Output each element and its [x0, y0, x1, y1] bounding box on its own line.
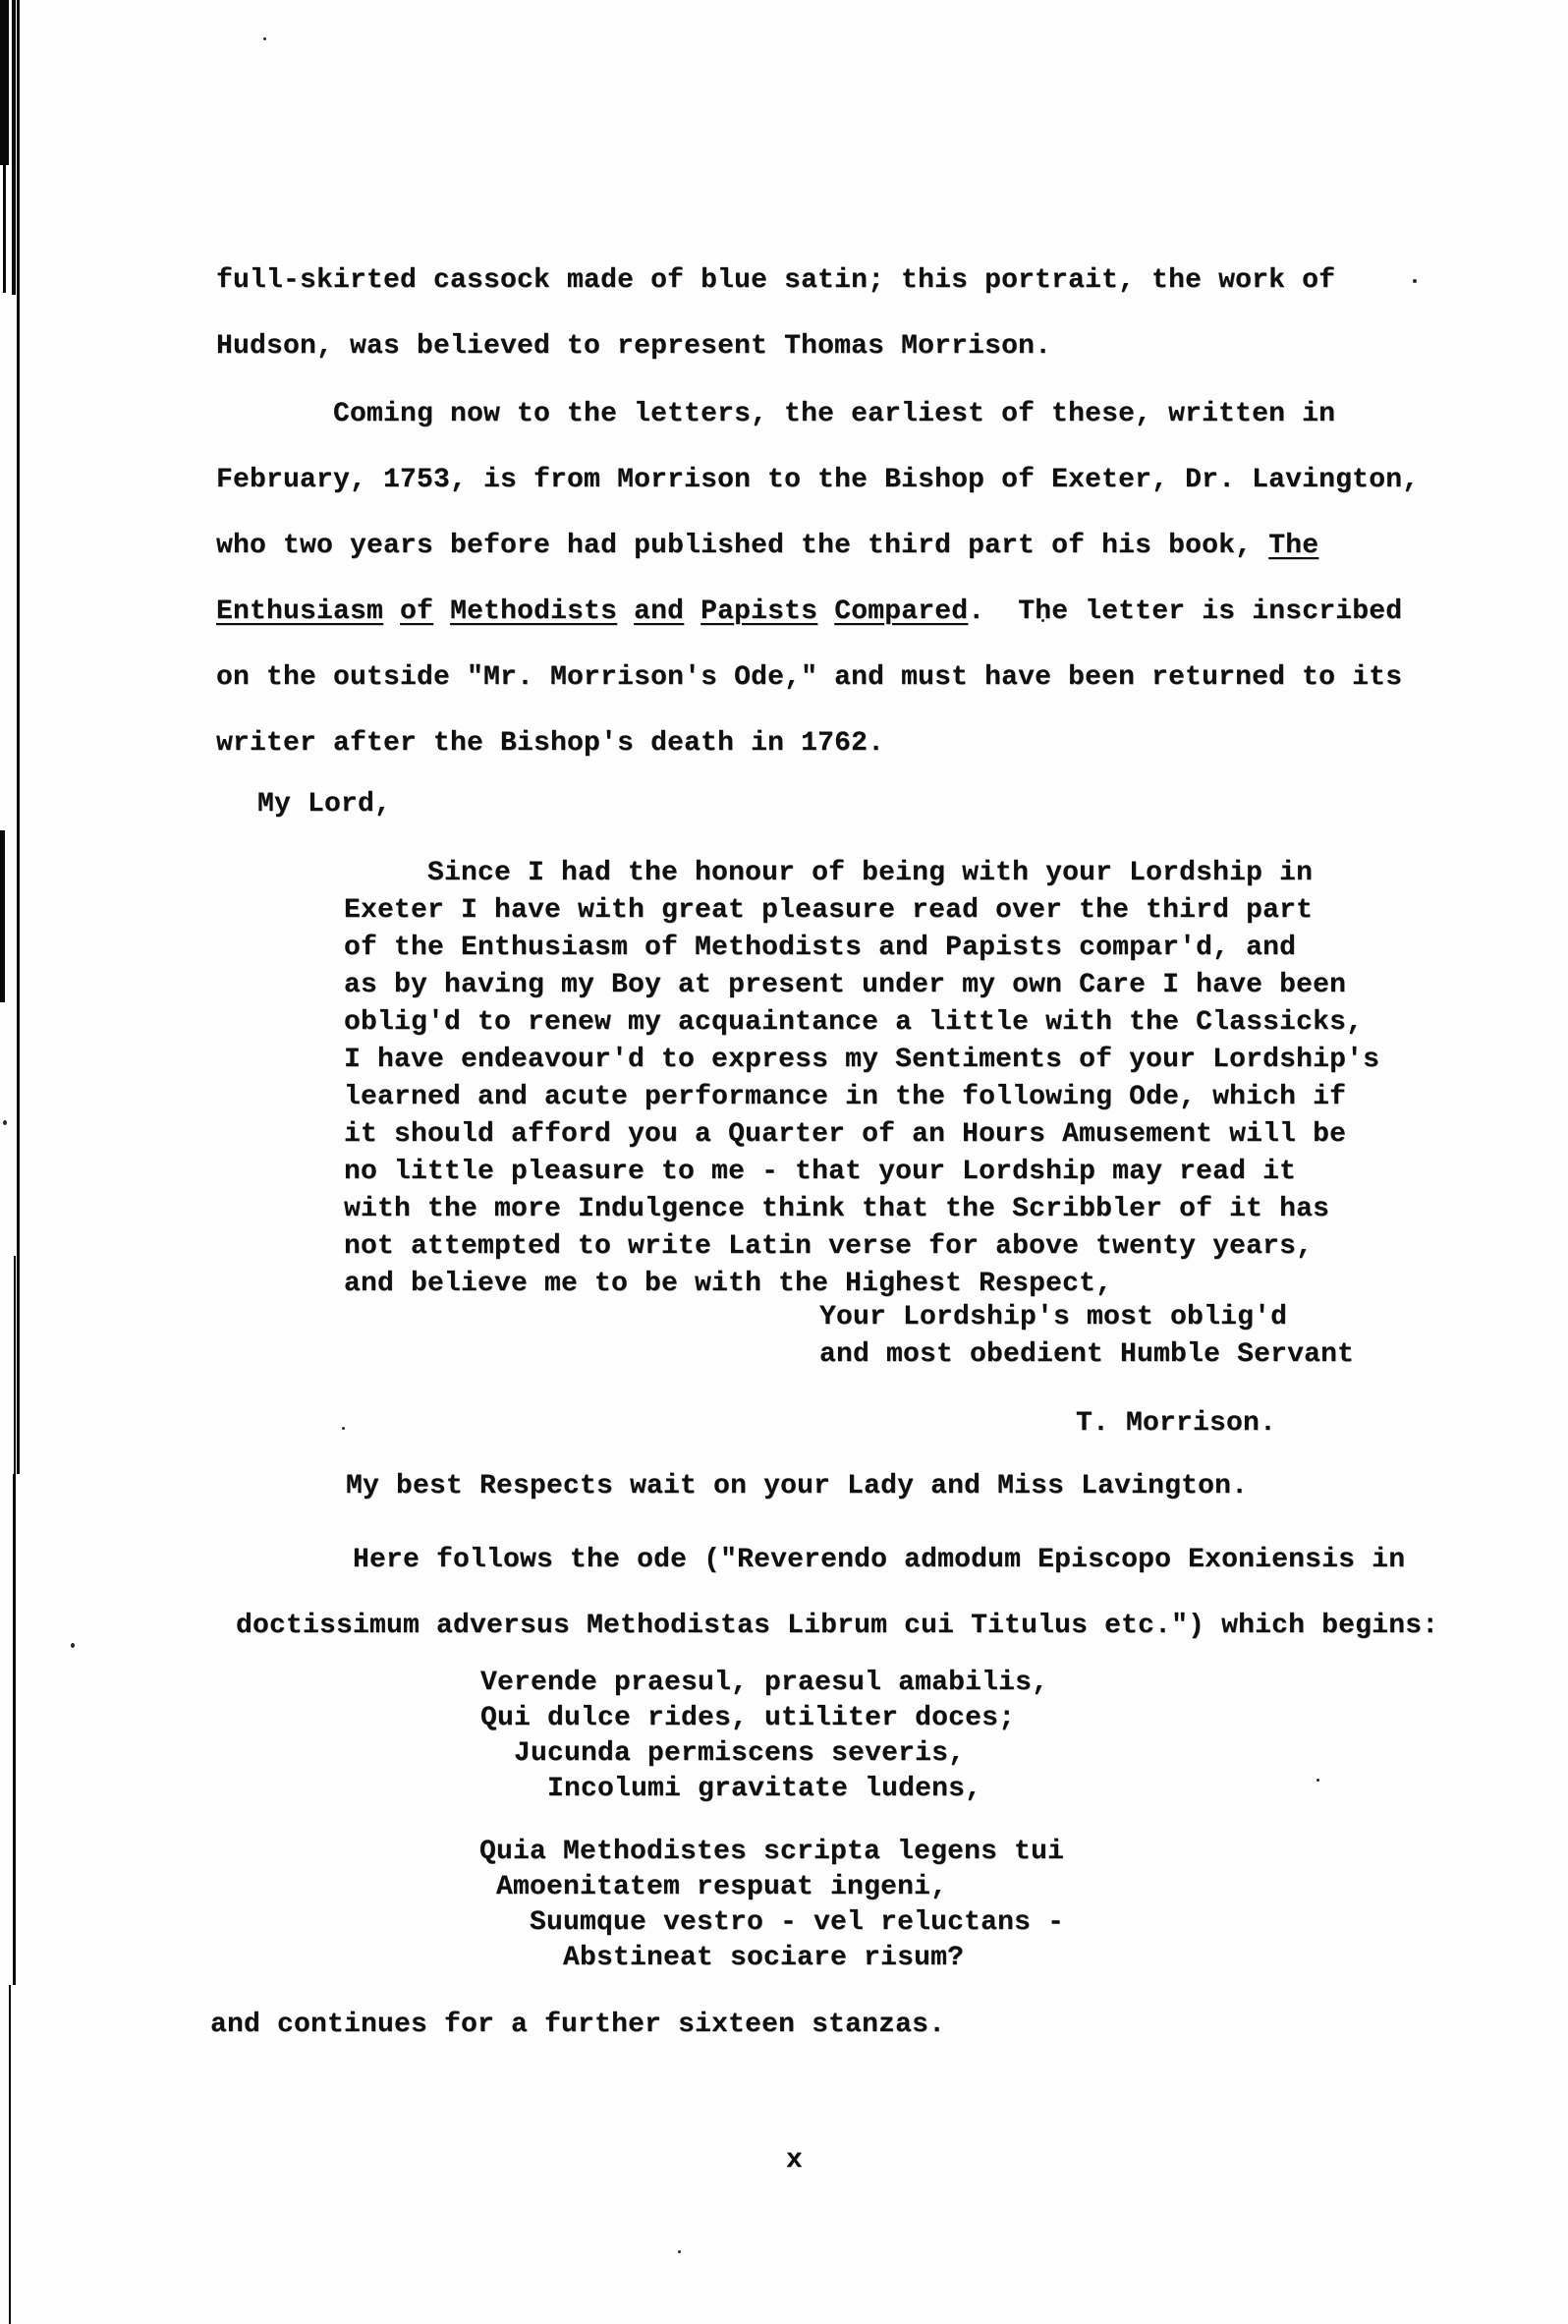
text-segment: who two years before had published the t… — [216, 531, 1268, 561]
page-number: x — [786, 2142, 803, 2180]
text-line: February, 1753, is from Morrison to the … — [216, 447, 1419, 513]
text-line: with the more Indulgence think that the … — [344, 1191, 1379, 1228]
text-line: who two years before had published the t… — [216, 513, 1419, 579]
text-line: and most obedient Humble Servant — [819, 1336, 1354, 1374]
text-segment — [817, 596, 834, 627]
text-line: Suumque vestro - vel reluctans - — [479, 1905, 1064, 1941]
scan-speck — [678, 2250, 681, 2253]
paragraph-letters-intro: Coming now to the letters, the earliest … — [216, 381, 1419, 776]
scan-edge-artifact — [14, 1256, 16, 1474]
scan-edge-artifact — [13, 1474, 16, 1985]
text-segment — [684, 596, 700, 627]
scan-speck — [1316, 1779, 1319, 1782]
letter-postscript: My best Respects wait on your Lady and M… — [346, 1468, 1248, 1505]
text-line: on the outside "Mr. Morrison's Ode," and… — [216, 645, 1419, 710]
text-line: writer after the Bishop's death in 1762. — [216, 710, 1419, 776]
letter-signature: T. Morrison. — [1076, 1405, 1276, 1443]
text-line: Jucunda permiscens severis, — [480, 1736, 1048, 1772]
text-line: full-skirted cassock made of blue satin;… — [216, 248, 1335, 313]
text-line: Here follows the ode ("Reverendo admodum… — [236, 1527, 1438, 1593]
text-segment — [383, 596, 400, 627]
underlined-text-segment: Enthusiasm — [216, 596, 383, 627]
letter-salutation: My Lord, — [257, 786, 391, 823]
text-line: oblig'd to renew my acquaintance a littl… — [344, 1004, 1379, 1042]
scan-speck — [263, 37, 266, 40]
scan-edge-artifact — [17, 0, 20, 1474]
text-line: Quia Methodistes scripta legens tui — [479, 1835, 1064, 1870]
scan-edge-artifact — [0, 830, 5, 1002]
scan-speck — [71, 1643, 75, 1648]
continuation-note: and continues for a further sixteen stan… — [210, 2007, 945, 2044]
scan-edge-artifact — [9, 1985, 11, 2324]
text-line: Exeter I have with great pleasure read o… — [344, 892, 1379, 930]
text-line: no little pleasure to me - that your Lor… — [344, 1154, 1379, 1191]
ode-intro: Here follows the ode ("Reverendo admodum… — [236, 1527, 1438, 1659]
text-line: Coming now to the letters, the earliest … — [216, 381, 1419, 447]
ode-stanza-2: Quia Methodistes scripta legens tui Amoe… — [479, 1835, 1064, 1976]
scan-edge-artifact — [12, 0, 16, 295]
text-line: Hudson, was believed to represent Thomas… — [216, 313, 1335, 379]
underlined-text-segment: of — [400, 596, 433, 627]
text-line: not attempted to write Latin verse for a… — [344, 1228, 1379, 1266]
text-line: Since I had the honour of being with you… — [344, 855, 1379, 892]
underlined-text-segment: and — [634, 596, 684, 627]
text-line: Qui dulce rides, utiliter doces; — [480, 1701, 1048, 1736]
underlined-text-segment: Methodists — [450, 596, 617, 627]
letter-body: Since I had the honour of being with you… — [344, 855, 1379, 1303]
underlined-text-segment: Compared — [834, 596, 968, 627]
text-line: learned and acute performance in the fol… — [344, 1079, 1379, 1116]
text-line: it should afford you a Quarter of an Hou… — [344, 1116, 1379, 1154]
text-segment: . The letter is inscribed — [968, 596, 1402, 627]
text-line: and believe me to be with the Highest Re… — [344, 1266, 1379, 1303]
text-line: as by having my Boy at present under my … — [344, 967, 1379, 1004]
text-line: Enthusiasm of Methodists and Papists Com… — [216, 579, 1419, 645]
text-line: I have endeavour'd to express my Sentime… — [344, 1042, 1379, 1079]
scan-speck — [1413, 279, 1417, 283]
text-line: Incolumi gravitate ludens, — [480, 1772, 1048, 1807]
text-line: of the Enthusiasm of Methodists and Papi… — [344, 930, 1379, 967]
underlined-text-segment: The — [1268, 531, 1318, 561]
scan-speck — [3, 1120, 7, 1125]
text-segment — [617, 596, 634, 627]
letter-closing: Your Lordship's most oblig'dand most obe… — [819, 1299, 1354, 1374]
text-segment — [433, 596, 450, 627]
text-line: Abstineat sociare risum? — [479, 1941, 1064, 1976]
document-page: full-skirted cassock made of blue satin;… — [0, 0, 1568, 2324]
text-line: Your Lordship's most oblig'd — [819, 1299, 1354, 1336]
paragraph-portrait: full-skirted cassock made of blue satin;… — [216, 248, 1335, 379]
text-line: Verende praesul, praesul amabilis, — [480, 1666, 1048, 1701]
scan-speck — [342, 1427, 345, 1430]
scan-edge-artifact — [3, 165, 6, 293]
underlined-text-segment: Papists — [700, 596, 817, 627]
text-line: doctissimum adversus Methodistas Librum … — [236, 1593, 1438, 1659]
scan-edge-artifact — [0, 0, 9, 165]
text-line: Amoenitatem respuat ingeni, — [479, 1870, 1064, 1905]
ode-stanza-1: Verende praesul, praesul amabilis,Qui du… — [480, 1666, 1048, 1807]
